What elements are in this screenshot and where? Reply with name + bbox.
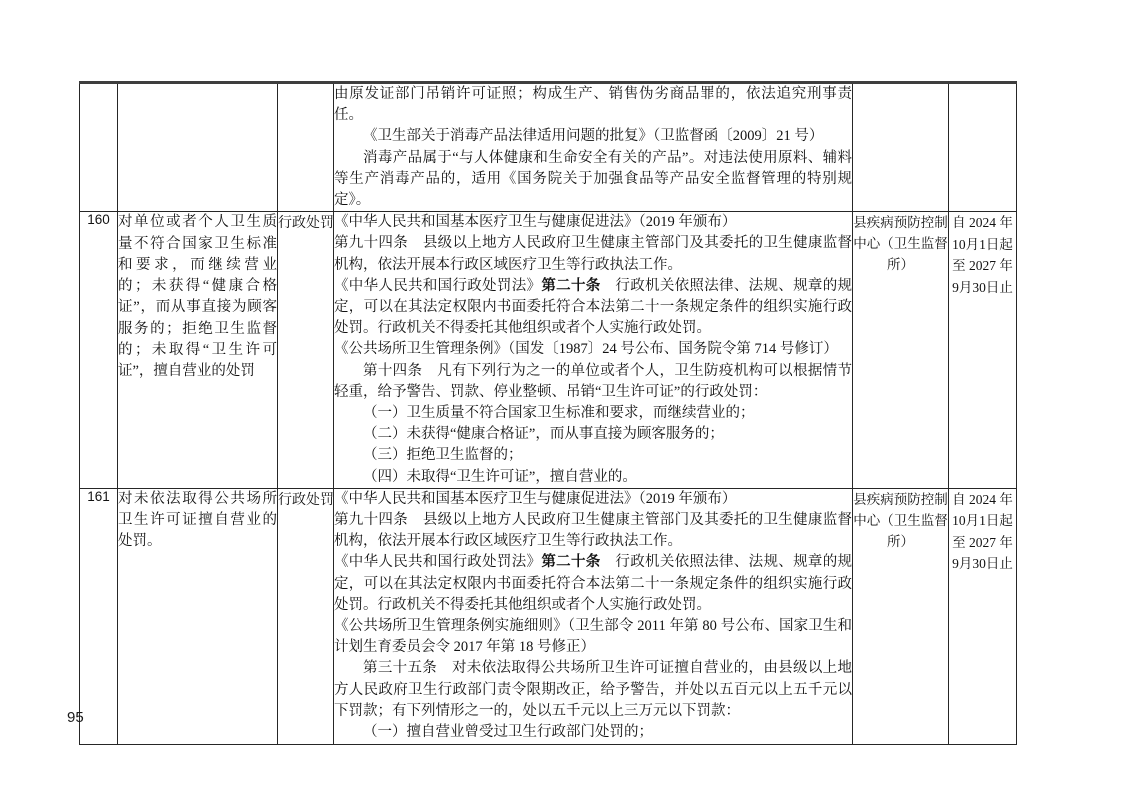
legal-paragraph: 第九十四条 县级以上地方人民政府卫生健康主管部门及其委托的卫生健康监督机构，依法… [334, 233, 852, 275]
row-number: 161 [87, 489, 110, 504]
period-line: 10月1日起 [949, 510, 1016, 532]
legal-paragraph: 由原发证部门吊销许可证照；构成生产、销售伪劣商品罪的，依法追究刑事责任。 [334, 84, 852, 126]
agency-cell: 县疾病预防控制中心（卫生监督所） [853, 212, 949, 489]
row-number-cell [80, 83, 118, 212]
legal-paragraph: 《公共场所卫生管理条例》（国发〔1987〕24 号公布、国务院令第 714 号修… [334, 339, 852, 360]
penalty-items-table: 由原发证部门吊销许可证照；构成生产、销售伪劣商品罪的，依法追究刑事责任。 《卫生… [79, 81, 1017, 745]
legal-paragraph: （三）拒绝卫生监督的； [334, 445, 852, 466]
row-number-cell: 160 [80, 212, 118, 489]
row-number: 160 [87, 212, 110, 227]
period-cell [949, 83, 1017, 212]
legal-basis-cell: 《中华人民共和国基本医疗卫生与健康促进法》（2019 年颁布） 第九十四条 县级… [334, 488, 853, 744]
legal-paragraph: （二）未获得“健康合格证”，而从事直接为顾客服务的； [334, 424, 852, 445]
period-line: 自 2024 年 [949, 489, 1016, 511]
legal-paragraph: 《中华人民共和国行政处罚法》第二十条 行政机关依照法律、法规、规章的规定，可以在… [334, 552, 852, 616]
period-cell: 自 2024 年 10月1日起 至 2027 年 9月30日止 [949, 212, 1017, 489]
agency-name: 县疾病预防控制中心（卫生监督所） [853, 492, 948, 549]
legal-paragraph: 第十四条 凡有下列行为之一的单位或者个人，卫生防疫机构可以根据情节轻重，给予警告… [334, 361, 852, 403]
legal-paragraph: （四）未取得“卫生许可证”，擅自营业的。 [334, 467, 852, 488]
item-description: 对未依法取得公共场所卫生许可证擅自营业的处罚。 [118, 491, 277, 550]
legal-paragraph: 《中华人民共和国行政处罚法》第二十条 行政机关依照法律、法规、规章的规定，可以在… [334, 276, 852, 340]
legal-paragraph: 消毒产品属于“与人体健康和生命安全有关的产品”。对违法使用原料、辅料等生产消毒产… [334, 148, 852, 212]
item-description-cell [118, 83, 278, 212]
legal-paragraph: 《中华人民共和国基本医疗卫生与健康促进法》（2019 年颁布） [334, 489, 852, 510]
period-line: 10月1日起 [949, 234, 1016, 256]
period-line: 自 2024 年 [949, 212, 1016, 234]
period-cell: 自 2024 年 10月1日起 至 2027 年 9月30日止 [949, 488, 1017, 744]
legal-paragraph: （一）擅自营业曾受过卫生行政部门处罚的； [334, 722, 852, 743]
legal-paragraph: 第九十四条 县级以上地方人民政府卫生健康主管部门及其委托的卫生健康监督机构，依法… [334, 510, 852, 552]
agency-name: 县疾病预防控制中心（卫生监督所） [853, 215, 948, 272]
legal-text: 《中华人民共和国行政处罚法》 [334, 554, 541, 570]
penalty-type-cell: 行政处罚 [278, 212, 334, 489]
period-line: 至 2027 年 [949, 255, 1016, 277]
legal-paragraph: 《卫生部关于消毒产品法律适用问题的批复》（卫监督函〔2009〕21 号） [334, 126, 852, 147]
penalty-type-cell [278, 83, 334, 212]
table-row-continuation: 由原发证部门吊销许可证照；构成生产、销售伪劣商品罪的，依法追究刑事责任。 《卫生… [80, 83, 1017, 212]
page-number: 95 [67, 709, 84, 726]
legal-article-bold: 第二十条 [541, 554, 600, 570]
penalty-type: 行政处罚 [278, 216, 334, 231]
legal-article-bold: 第二十条 [541, 278, 600, 294]
row-number-cell: 161 [80, 488, 118, 744]
table-row-160: 160 对单位或者个人卫生质量不符合国家卫生标准和要求，而继续营业的；未获得“健… [80, 212, 1017, 489]
legal-paragraph: （一）卫生质量不符合国家卫生标准和要求，而继续营业的； [334, 403, 852, 424]
period-line: 至 2027 年 [949, 532, 1016, 554]
legal-paragraph: 《公共场所卫生管理条例实施细则》（卫生部令 2011 年第 80 号公布、国家卫… [334, 616, 852, 658]
legal-basis-cell: 由原发证部门吊销许可证照；构成生产、销售伪劣商品罪的，依法追究刑事责任。 《卫生… [334, 83, 853, 212]
item-description-cell: 对未依法取得公共场所卫生许可证擅自营业的处罚。 [118, 488, 278, 744]
legal-paragraph: 《中华人民共和国基本医疗卫生与健康促进法》（2019 年颁布） [334, 212, 852, 233]
item-description-cell: 对单位或者个人卫生质量不符合国家卫生标准和要求，而继续营业的；未获得“健康合格证… [118, 212, 278, 489]
table-row-161: 161 对未依法取得公共场所卫生许可证擅自营业的处罚。 行政处罚 《中华人民共和… [80, 488, 1017, 744]
period-line: 9月30日止 [949, 553, 1016, 575]
penalty-type-cell: 行政处罚 [278, 488, 334, 744]
penalty-type: 行政处罚 [278, 493, 334, 508]
legal-text: 《中华人民共和国行政处罚法》 [334, 278, 541, 294]
item-description: 对单位或者个人卫生质量不符合国家卫生标准和要求，而继续营业的；未获得“健康合格证… [118, 214, 277, 379]
period-line: 9月30日止 [949, 277, 1016, 299]
legal-basis-cell: 《中华人民共和国基本医疗卫生与健康促进法》（2019 年颁布） 第九十四条 县级… [334, 212, 853, 489]
document-page: 由原发证部门吊销许可证照；构成生产、销售伪劣商品罪的，依法追究刑事责任。 《卫生… [0, 0, 1122, 793]
agency-cell: 县疾病预防控制中心（卫生监督所） [853, 488, 949, 744]
agency-cell [853, 83, 949, 212]
legal-paragraph: 第三十五条 对未依法取得公共场所卫生许可证擅自营业的，由县级以上地方人民政府卫生… [334, 658, 852, 722]
